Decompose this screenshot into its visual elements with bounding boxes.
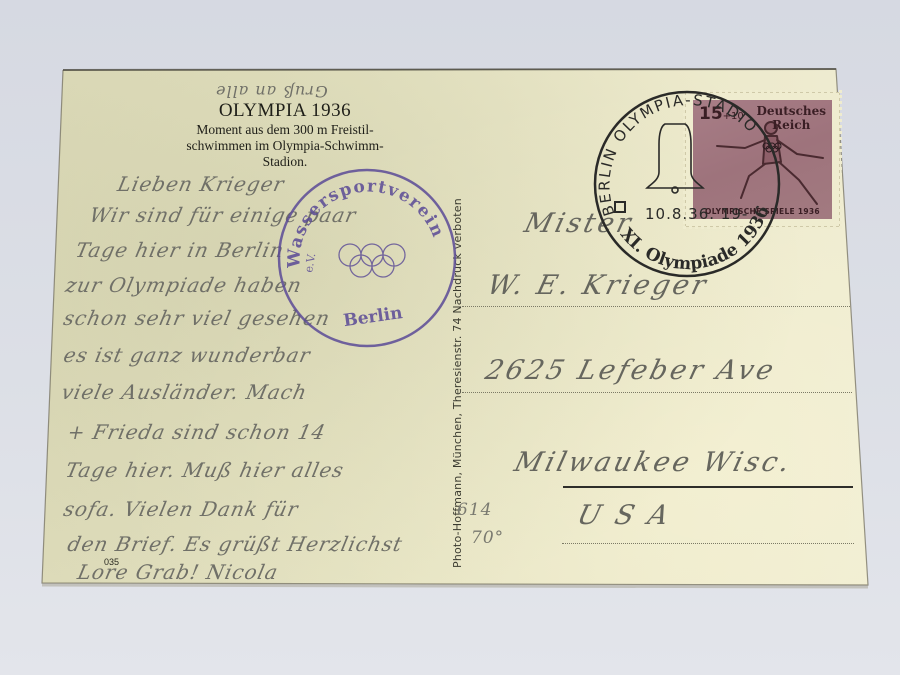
message-line: zur Olympiade haben	[63, 273, 304, 297]
message-line: Lore Grab! Nicola	[75, 560, 280, 584]
message-line: den Brief. Es grüßt Herzlichst	[65, 532, 405, 556]
postcard: OLYMPIA 1936 Moment aus dem 300 m Freist…	[0, 0, 900, 675]
olympic-bell-icon	[647, 124, 703, 193]
message-line: Lieben Krieger	[115, 172, 286, 196]
pencil-note-price: 70°	[471, 528, 504, 548]
handwritten-top-note: Gruß an alle	[215, 82, 328, 101]
club-cachet-stamp: Wassersportverein Berlin e.V.	[272, 163, 462, 353]
address-line-2	[462, 392, 852, 393]
message-line: Tage hier in Berlin	[73, 238, 286, 262]
address-line-1	[462, 306, 850, 307]
caption-line-2: schwimmen im Olympia-Schwimm-	[135, 138, 435, 154]
postcard-title: OLYMPIA 1936	[135, 100, 435, 122]
message-line: sofa. Vielen Dank für	[61, 497, 300, 521]
postmark-top-text: BERLIN OLYMPIA-STADION	[585, 84, 762, 218]
svg-text:BERLIN OLYMPIA-STADION: BERLIN OLYMPIA-STADION	[585, 84, 762, 218]
postmark-cancellation: BERLIN OLYMPIA-STADION XI. Olympiade 193…	[585, 84, 785, 284]
address-city: Milwaukee Wisc.	[511, 447, 796, 478]
postmark-date: 10.8.36. 19-	[645, 205, 748, 223]
club-stamp-bottom-text: Berlin	[342, 303, 404, 331]
address-line-4	[562, 543, 854, 544]
printed-caption: OLYMPIA 1936 Moment aus dem 300 m Freist…	[135, 100, 435, 170]
message-line: Tage hier. Muß hier alles	[63, 458, 346, 482]
caption-line-1: Moment aus dem 300 m Freistil-	[135, 122, 435, 138]
address-country: U S A	[574, 500, 675, 531]
olympic-rings-icon	[339, 244, 405, 277]
address-street: 2625 Lefeber Ave	[482, 355, 779, 386]
pencil-note-number: 614	[457, 500, 492, 520]
message-line: + Frieda sind schon 14	[65, 420, 328, 444]
club-stamp-left-text: e.V.	[302, 252, 318, 273]
message-line: viele Ausländer. Mach	[59, 380, 309, 404]
address-line-3	[563, 486, 853, 488]
